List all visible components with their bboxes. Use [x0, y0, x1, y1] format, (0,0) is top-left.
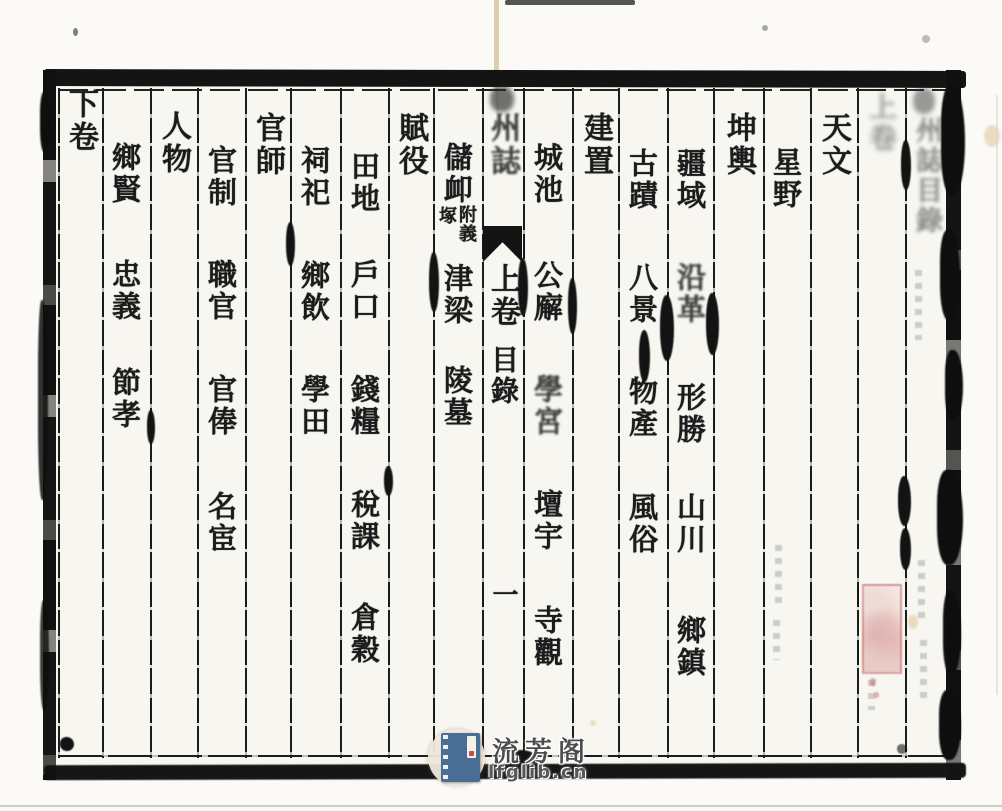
ink-smudge: [660, 295, 674, 361]
column-rule: [340, 88, 342, 758]
column-rule: [713, 88, 715, 758]
toc-sub-minghuan: 名宦: [206, 491, 236, 555]
scan-edge-right: [996, 95, 998, 695]
toc-sub-guanzhi: 官制: [206, 145, 236, 209]
page-edge-ink: [945, 350, 963, 420]
toc-sub-shuike: 稅課: [349, 489, 379, 553]
column-rule: [58, 88, 60, 758]
paper-speck: [73, 28, 78, 36]
column-rule: [245, 88, 247, 758]
toc-sub-guji: 古蹟: [627, 148, 657, 212]
toc-sub-xingye: 星野: [771, 147, 801, 211]
column-rule: [572, 88, 574, 758]
paper-speck: [762, 25, 768, 31]
book-stitch-icon: [443, 735, 448, 780]
column-rule: [857, 88, 859, 758]
folio-section: 目錄: [488, 345, 518, 407]
folio-page-number: 一: [488, 581, 518, 610]
page-edge-ink: [941, 85, 965, 195]
pencil-marks: [918, 560, 925, 620]
column-rule: [433, 88, 435, 758]
volume-lower-label: 下卷: [65, 88, 95, 154]
folio-title: 州誌: [487, 112, 517, 178]
book-icon: [441, 733, 480, 782]
scanned-page: 州誌目錄 上卷 天文 星野 坤輿 疆域 沿革 形勝 山川 鄉鎮 古蹟 八景 物產…: [0, 0, 1002, 811]
ink-smudge: [147, 410, 155, 444]
toc-sub-guanfeng: 官俸: [206, 374, 236, 438]
toc-sub-xiangxian: 鄉賢: [110, 142, 140, 206]
toc-sub-zhongyi: 忠義: [110, 259, 140, 323]
toc-sub-jinliang: 津梁: [442, 263, 472, 327]
toc-sub-qianliang: 錢糧: [349, 374, 379, 438]
illegible-character-smudge: [913, 88, 935, 114]
column-rule: [102, 88, 104, 758]
ink-smudge: [897, 744, 907, 754]
column-rule: [290, 88, 292, 758]
column-rule: [763, 88, 765, 758]
ink-smudge: [898, 476, 911, 526]
paper-stain: [908, 615, 918, 629]
toc-section-jianzhi: 建置: [580, 112, 610, 178]
toc-sub-canggu: 倉穀: [349, 602, 379, 666]
page-edge-ink: [943, 590, 961, 675]
toc-section-guanshi: 官師: [252, 112, 282, 178]
page-edge-ink: [940, 230, 960, 320]
pencil-marks: [773, 620, 780, 660]
toc-sub-jiexiao: 節孝: [110, 367, 140, 431]
column-rule: [667, 88, 669, 758]
toc-sub-wuchan: 物產: [627, 376, 657, 440]
toc-sub-shanchuan: 山川: [675, 492, 705, 556]
column-rule: [810, 88, 812, 758]
toc-sub-cisi: 祠祀: [299, 145, 329, 209]
ink-smudge: [384, 466, 393, 496]
toc-note-fuyi-right: 附義: [456, 205, 476, 243]
toc-sub-xiangzhen: 鄉鎮: [675, 615, 705, 679]
toc-sub-yange: 沿革: [675, 262, 705, 326]
toc-sub-chengchi: 城池: [532, 142, 562, 206]
column-rule: [482, 88, 484, 758]
toc-sub-xuegong: 學宮: [532, 374, 562, 438]
toc-sub-tanyu: 壇宇: [532, 489, 562, 553]
toc-section-fuyi: 賦役: [395, 112, 425, 178]
pencil-marks: [775, 545, 782, 605]
toc-note-zhong-left: 塚: [436, 206, 456, 225]
pencil-marks: [915, 270, 922, 340]
red-seal-mark: [870, 678, 876, 686]
toc-sub-hukou: 戶口: [349, 259, 379, 323]
book-label-icon: [467, 736, 476, 758]
margin-title-text: 州誌目錄: [911, 116, 941, 236]
ink-smudge: [706, 293, 719, 355]
pencil-marks: [920, 640, 927, 700]
red-seal: [862, 584, 902, 674]
page-edge-ink: [939, 690, 961, 760]
ink-smudge: [900, 528, 911, 570]
toc-sub-bajing: 八景: [627, 262, 657, 326]
toc-sub-jiangyu: 疆域: [675, 148, 705, 212]
ink-smudge: [518, 258, 528, 316]
toc-sub-lingmu: 陵墓: [442, 365, 472, 429]
scan-edge-bottom: [0, 805, 1002, 807]
column-rule: [197, 88, 199, 758]
toc-section-renwu: 人物: [158, 110, 188, 176]
ink-smudge: [901, 140, 911, 190]
watermark: 流芳阁 lfglib.cn: [428, 724, 588, 790]
toc-sub-xingsheng: 形勝: [675, 382, 705, 446]
watermark-site-url: lfglib.cn: [488, 762, 588, 783]
page-edge-ink: [40, 92, 50, 152]
paper-stain: [590, 720, 596, 726]
toc-sub-chuxu: 儲卹: [442, 142, 472, 206]
column-rule: [388, 88, 390, 758]
ink-smudge: [639, 330, 650, 382]
red-seal-mark: [874, 692, 879, 698]
page-edge-ink: [937, 470, 963, 565]
toc-sub-siguan: 寺觀: [532, 605, 562, 669]
page-edge-ink: [40, 600, 49, 710]
paper-speck: [922, 35, 930, 43]
ink-smudge: [286, 222, 295, 266]
illegible-character-smudge: [490, 86, 514, 112]
toc-section-tianwen: 天文: [818, 112, 848, 178]
toc-sub-zhiguan: 職官: [206, 259, 236, 323]
ink-smudge: [60, 737, 74, 751]
folio-volume: 上卷: [487, 263, 517, 329]
toc-sub-fengsu: 風俗: [627, 492, 657, 556]
column-rule: [523, 88, 525, 758]
ink-smudge: [429, 252, 439, 312]
paper-speck: [505, 0, 635, 5]
toc-sub-tiandi: 田地: [349, 151, 379, 215]
page-border-top: [44, 69, 966, 88]
toc-sub-gongxie: 公廨: [532, 260, 562, 324]
margin-volume-text: 上卷: [866, 92, 896, 154]
toc-sub-xiangyin: 鄉飲: [299, 260, 329, 324]
toc-sub-xuetian: 學田: [299, 374, 329, 438]
ink-smudge: [568, 278, 577, 334]
toc-section-kunyu: 坤輿: [723, 112, 753, 178]
column-rule: [618, 88, 620, 758]
